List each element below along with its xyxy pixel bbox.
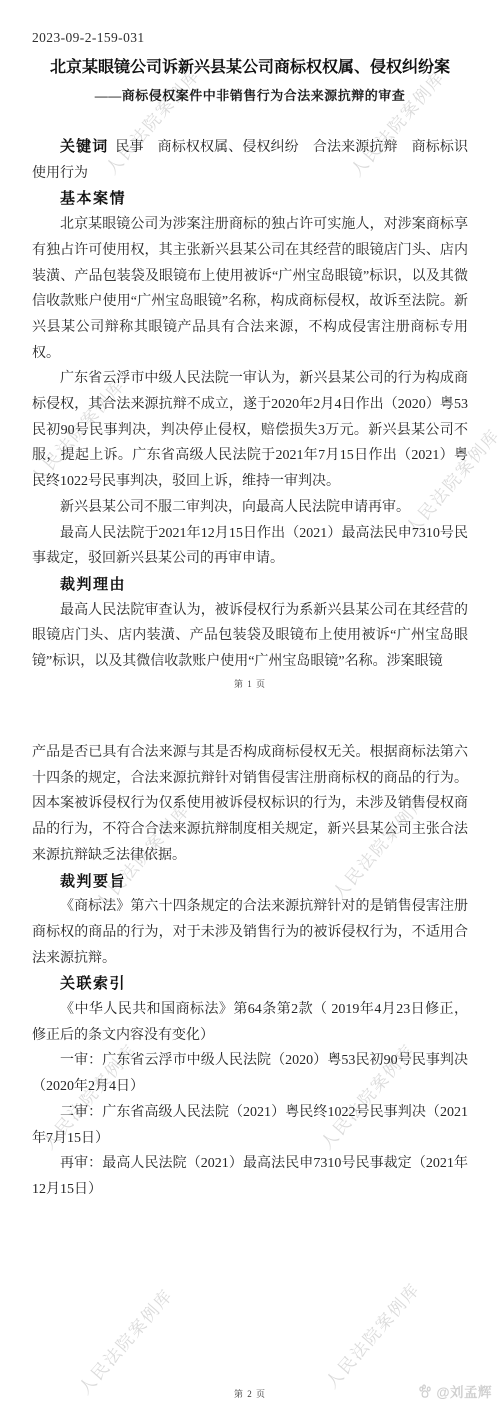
author-credit-text: @刘孟辉 xyxy=(436,1381,492,1401)
case-subtitle: ——商标侵权案件中非销售行为合法来源抗辩的审查 xyxy=(32,87,468,104)
section-heading-related-index: 关联索引 xyxy=(32,971,468,997)
keywords-paragraph: 关键词民事 商标权权属、侵权纠纷 合法来源抗辩 商标标识使用行为 xyxy=(32,134,468,186)
paragraph-basic-facts-2: 广东省云浮市中级人民法院一审认为，新兴县某公司的行为构成商标侵权，其合法来源抗辩… xyxy=(32,366,468,495)
page-1-footer: 第 1 页 xyxy=(0,677,500,690)
paragraph-index-first-instance: 一审：广东省云浮市中级人民法院（2020）粤53民初90号民事判决（2020年2… xyxy=(32,1048,468,1099)
case-title: 北京某眼镜公司诉新兴县某公司商标权权属、侵权纠纷案 xyxy=(32,56,468,79)
author-credit: @刘孟辉 xyxy=(417,1381,492,1401)
keywords-label: 关键词 xyxy=(60,138,108,155)
paragraph-judgment-gist: 《商标法》第六十四条规定的合法来源抗辩针对的是销售侵害注册商标权的商品的行为，对… xyxy=(32,894,468,971)
paragraph-index-statute: 《中华人民共和国商标法》第64条第2款（ 2019年4月23日修正，修正后的条文… xyxy=(32,997,468,1048)
paragraph-basic-facts-3: 新兴县某公司不服二审判决，向最高人民法院申请再审。 xyxy=(32,495,468,521)
section-heading-judgment-reasons: 裁判理由 xyxy=(32,572,468,598)
paragraph-index-second-instance: 二审：广东省高级人民法院（2021）粤民终1022号民事判决（2021年7月15… xyxy=(32,1100,468,1151)
paragraph-judgment-reasons-part2: 产品是否已具有合法来源与其是否构成商标侵权无关。根据商标法第六十四条的规定，合法… xyxy=(32,740,468,869)
doc-number: 2023-09-2-159-031 xyxy=(32,30,468,46)
section-heading-judgment-gist: 裁判要旨 xyxy=(32,869,468,895)
page-2: 产品是否已具有合法来源与其是否构成商标侵权无关。根据商标法第六十四条的规定，合法… xyxy=(32,710,468,1203)
section-heading-basic-facts: 基本案情 xyxy=(32,186,468,212)
paragraph-basic-facts-1: 北京某眼镜公司为涉案注册商标的独占许可实施人，对涉案商标享有独占许可使用权，其主… xyxy=(32,212,468,366)
paragraph-judgment-reasons-part1: 最高人民法院审查认为，被诉侵权行为系新兴县某公司在其经营的眼镜店门头、店内装潢、… xyxy=(32,598,468,675)
watermark-text: 人民法院案例库 xyxy=(71,1282,177,1399)
page-1: 2023-09-2-159-031 北京某眼镜公司诉新兴县某公司商标权权属、侵权… xyxy=(32,0,468,675)
baidu-paw-icon xyxy=(417,1384,433,1399)
watermark-text: 人民法院案例库 xyxy=(318,1276,424,1393)
paragraph-index-retrial: 再审：最高人民法院（2021）最高法民申7310号民事裁定（2021年12月15… xyxy=(32,1151,468,1202)
legal-case-document: 人民法院案例库 人民法院案例库 人民法院案例库 人民法院案例库 人民法院案例库 … xyxy=(0,0,500,1415)
paragraph-basic-facts-4: 最高人民法院于2021年12月15日作出（2021）最高法民申7310号民事裁定… xyxy=(32,521,468,572)
